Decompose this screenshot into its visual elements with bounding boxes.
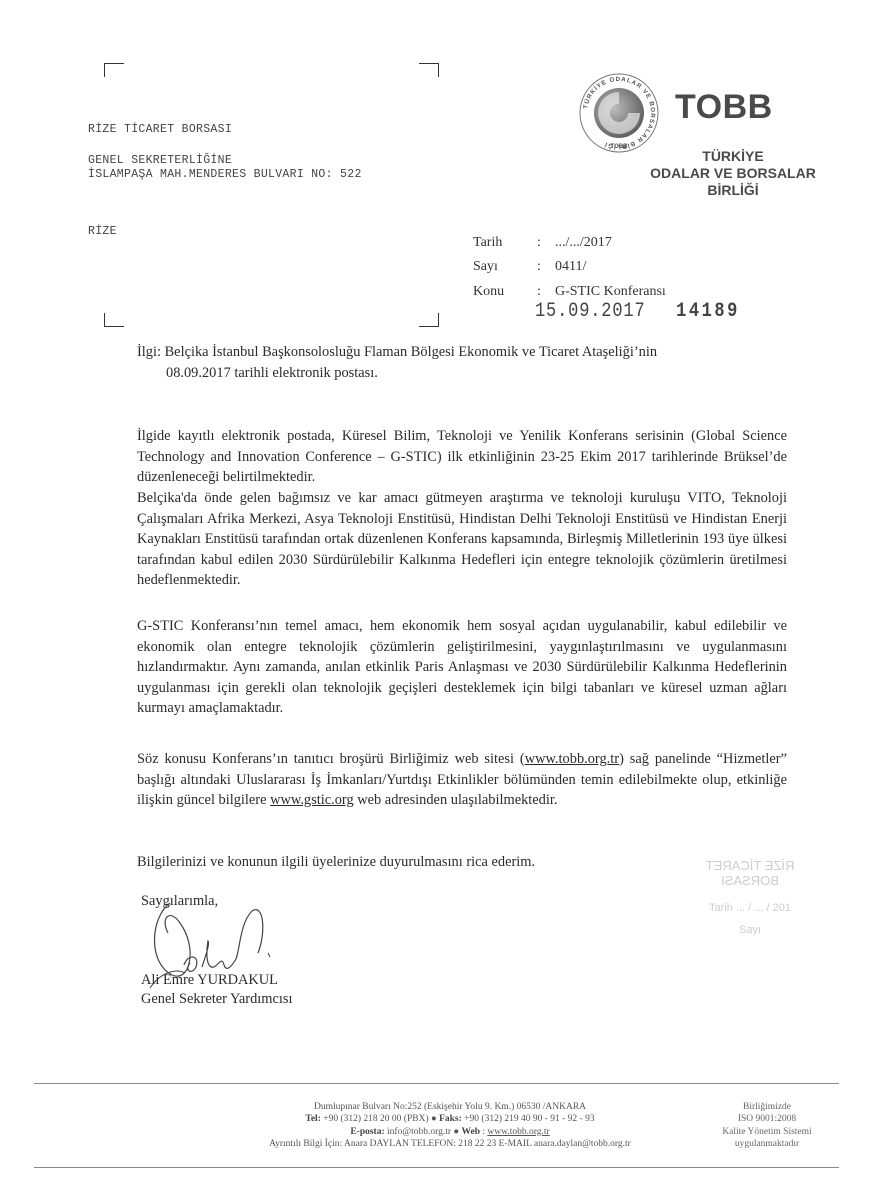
number-value: 0411/ bbox=[555, 259, 586, 274]
date-value: .../.../2017 bbox=[555, 235, 612, 250]
gstic-website-link[interactable]: www.gstic.org bbox=[270, 792, 354, 808]
text: Söz konusu Konferans’ın tanıtıcı broşürü… bbox=[137, 751, 525, 767]
iso-line: Birliğimizde bbox=[692, 1101, 842, 1113]
brand-name: TOBB bbox=[675, 88, 773, 127]
recipient-name: RİZE TİCARET BORSASI bbox=[88, 123, 232, 136]
separator: : bbox=[537, 259, 555, 275]
stamp-date: 15.09.2017 bbox=[535, 300, 646, 323]
iso-line: ISO 9001:2008 bbox=[692, 1113, 842, 1125]
tobb-website-link[interactable]: www.tobb.org.tr bbox=[525, 751, 619, 767]
footer-contact: Dumlupınar Bulvarı No:252 (Eskişehir Yol… bbox=[240, 1101, 660, 1151]
signatory-name: Ali Emre YURDAKUL bbox=[141, 972, 278, 989]
organization-name-line: ODALAR VE BORSALAR bbox=[622, 165, 844, 182]
signatory-title: Genel Sekreter Yardımcısı bbox=[141, 991, 292, 1008]
reference-line: 08.09.2017 tarihli elektronik postası. bbox=[137, 363, 787, 384]
organization-name-line: BİRLİĞİ bbox=[622, 182, 844, 199]
stamp-line: Tarih ... / ... / 201 bbox=[660, 902, 840, 914]
window-corner-top-right bbox=[419, 63, 439, 77]
stamp-line: BORSASI bbox=[660, 873, 840, 888]
tel-label: Tel: bbox=[305, 1114, 320, 1124]
subject-row: Konu:G-STIC Konferansı bbox=[473, 284, 666, 300]
paragraph-3: G-STIC Konferansı’nın temel amacı, hem e… bbox=[137, 616, 787, 719]
recipient-street: İSLAMPAŞA MAH.MENDERES BULVARI NO: 522 bbox=[88, 168, 362, 181]
stamp-line: Sayı bbox=[660, 924, 840, 936]
window-corner-bottom-right bbox=[419, 313, 439, 327]
number-row: Sayı:0411/ bbox=[473, 259, 586, 275]
stamp-number: 14189 bbox=[676, 300, 740, 323]
iso-line: uygulanmaktadır bbox=[692, 1138, 842, 1150]
window-corner-top-left bbox=[104, 63, 124, 77]
window-corner-bottom-left bbox=[104, 313, 124, 327]
separator: : bbox=[537, 284, 555, 300]
tobb-seal-logo-icon: TÜRKİYE ODALAR VE BORSALAR BİRLİĞİ TOBB bbox=[578, 72, 660, 154]
subject-label: Konu bbox=[473, 284, 537, 300]
fax-label: Faks: bbox=[439, 1114, 462, 1124]
text: web adresinden ulaşılabilmektedir. bbox=[354, 792, 558, 808]
web-label: Web bbox=[462, 1127, 480, 1137]
stamp-line: RİZE TİCARET bbox=[660, 858, 840, 873]
iso-line: Kalite Yönetim Sistemi bbox=[692, 1126, 842, 1138]
web-link[interactable]: www.tobb.org.tr bbox=[487, 1127, 549, 1137]
footer-divider-top bbox=[34, 1083, 839, 1084]
recipient-city: RİZE bbox=[88, 225, 117, 238]
fax-value: +90 (312) 219 40 90 - 91 - 92 - 93 bbox=[462, 1114, 595, 1124]
reference-line: İlgi: Belçika İstanbul Başkonsolosluğu F… bbox=[137, 344, 657, 360]
footer-phone-line: Tel: +90 (312) 218 20 00 (PBX) ● Faks: +… bbox=[240, 1113, 660, 1125]
footer-contact-person: Ayrıntılı Bilgi İçin: Anara DAYLAN TELEF… bbox=[240, 1138, 660, 1150]
email-value: info@tobb.org.tr ● bbox=[385, 1127, 462, 1137]
tel-value: +90 (312) 218 20 00 (PBX) ● bbox=[321, 1114, 439, 1124]
reference-paragraph: İlgi: Belçika İstanbul Başkonsolosluğu F… bbox=[137, 342, 787, 383]
recipient-department: GENEL SEKRETERLİĞİNE bbox=[88, 154, 232, 167]
email-label: E-posta: bbox=[350, 1127, 384, 1137]
footer-divider-bottom bbox=[34, 1167, 839, 1168]
paragraph-2: Belçika'da önde gelen bağımsız ve kar am… bbox=[137, 488, 787, 591]
date-row: Tarih:.../.../2017 bbox=[473, 235, 612, 251]
paragraph-1: İlgide kayıtlı elektronik postada, Küres… bbox=[137, 426, 787, 488]
footer-email-line: E-posta: info@tobb.org.tr ● Web : www.to… bbox=[240, 1126, 660, 1138]
separator: : bbox=[537, 235, 555, 251]
organization-name: TÜRKİYE ODALAR VE BORSALAR BİRLİĞİ bbox=[622, 148, 844, 199]
number-label: Sayı bbox=[473, 259, 537, 275]
registry-stamp: 15.09.201714189 bbox=[535, 300, 740, 323]
subject-value: G-STIC Konferansı bbox=[555, 284, 666, 299]
organization-name-line: TÜRKİYE bbox=[622, 148, 844, 165]
iso-notice: Birliğimizde ISO 9001:2008 Kalite Yöneti… bbox=[692, 1101, 842, 1151]
footer-address: Dumlupınar Bulvarı No:252 (Eskişehir Yol… bbox=[240, 1101, 660, 1113]
date-label: Tarih bbox=[473, 235, 537, 251]
paragraph-4: Söz konusu Konferans’ın tanıtıcı broşürü… bbox=[137, 749, 787, 811]
received-stamp-faint: RİZE TİCARET BORSASI Tarih ... / ... / 2… bbox=[660, 858, 840, 936]
